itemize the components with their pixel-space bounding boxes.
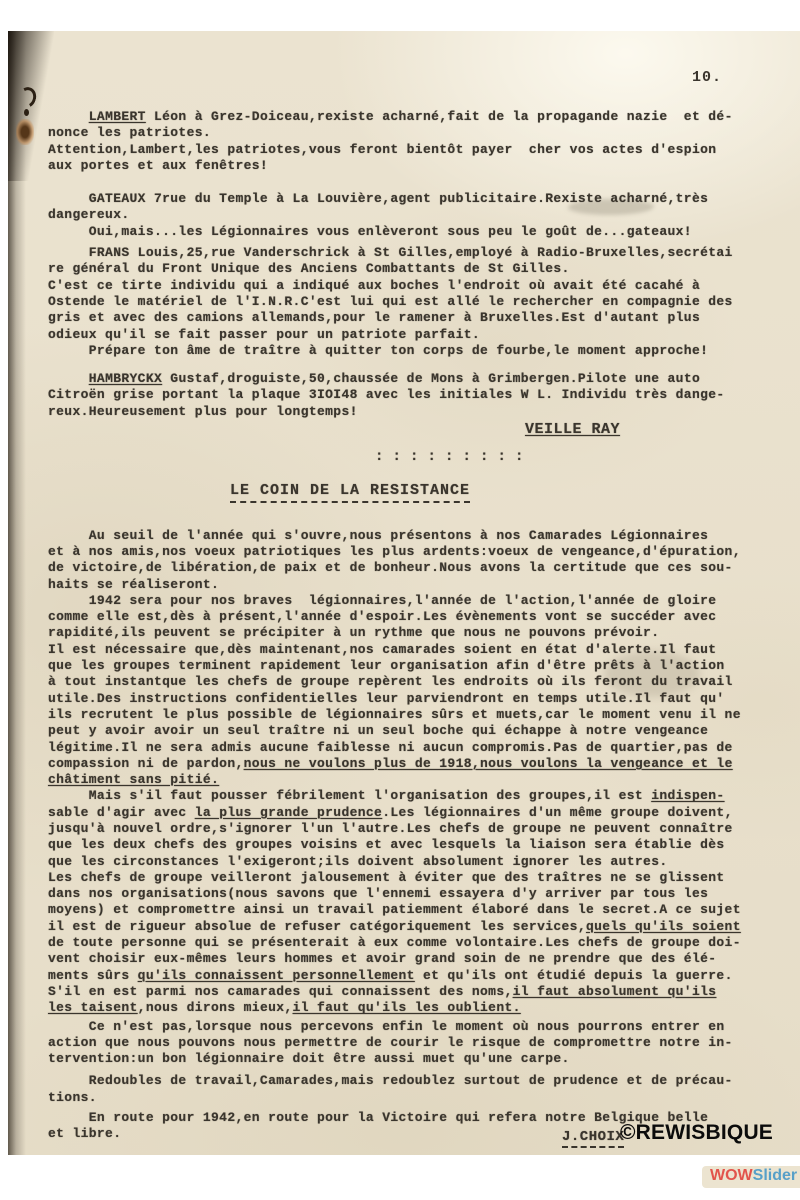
doc-line: dans nos organisations(nous savons que l…: [48, 886, 774, 902]
separator: : : : : : : : : :: [48, 449, 774, 465]
doc-line: tions.: [48, 1090, 774, 1106]
doc-line: Citroën grise portant la plaque 3IOI48 a…: [48, 387, 774, 403]
para-mais-sil-faut: Mais s'il faut pousser fébrilement l'org…: [48, 788, 774, 1016]
doc-line: peut y avoir avoir un seul traître ni un…: [48, 723, 774, 739]
para-redoublez: Redoubles de travail,Camarades,mais redo…: [48, 1073, 774, 1106]
doc-line: odieux qu'il se fait passer pour un patr…: [48, 327, 774, 343]
scanned-document-view: { "page_number": "10.", "colors": { "pap…: [0, 0, 800, 1200]
doc-line: 1942 sera pour nos braves légionnaires,l…: [48, 593, 774, 609]
doc-line: sable d'agir avec la plus grande prudenc…: [48, 805, 774, 821]
doc-line: il est de rigueur absolue de refuser cat…: [48, 919, 774, 935]
doc-line: compassion ni de pardon,nous ne voulons …: [48, 756, 774, 772]
doc-line: aux portes et aux fenêtres!: [48, 158, 774, 174]
doc-line: ments sûrs qu'ils connaissent personnell…: [48, 968, 774, 984]
page-number: 10.: [692, 69, 722, 86]
doc-line: LE COIN DE LA RESISTANCE: [230, 483, 774, 509]
doc-line: C'est ce tirte individu qui a indiqué au…: [48, 278, 774, 294]
copyright-watermark: ©REWISBIQUE: [620, 1121, 773, 1145]
doc-line: à tout instantque les chefs de groupe re…: [48, 674, 774, 690]
doc-line: Oui,mais...les Légionnaires vous enlèver…: [48, 224, 774, 240]
doc-line: action que nous pouvons nous permettre d…: [48, 1035, 774, 1051]
doc-line: de victoire,de libération,de paix et de …: [48, 560, 774, 576]
wowslider-badge-slider: Slider: [753, 1167, 797, 1184]
doc-line: VEILLE RAY: [525, 422, 774, 438]
doc-line: de toute personne qui se présenterait à …: [48, 935, 774, 951]
doc-line: que les groupes terminent rapidement leu…: [48, 658, 774, 674]
doc-line: vent choisir eux-mêmes leurs hommes et a…: [48, 951, 774, 967]
doc-line: Ostende le matériel de l'I.N.R.C'est lui…: [48, 294, 774, 310]
doc-line: reux.Heureusement plus pour longtemps!: [48, 404, 774, 420]
doc-line: Les chefs de groupe veilleront jalouseme…: [48, 870, 774, 886]
doc-line: FRANS Louis,25,rue Vanderschrick à St Gi…: [48, 245, 774, 261]
doc-line: : : : : : : : : :: [375, 449, 774, 465]
burn-mark: [16, 119, 34, 145]
signature: J.CHOIX: [562, 1129, 624, 1148]
doc-line: moyens) et compromettre ainsi un travail…: [48, 902, 774, 918]
document-text: LAMBERT Léon à Grez-Doiceau,rexiste acha…: [48, 109, 774, 1143]
doc-line: légitime.Il ne sera admis aucune faibles…: [48, 740, 774, 756]
doc-line: Il est nécessaire que,dès maintenant,nos…: [48, 642, 774, 658]
heading-resistance: LE COIN DE LA RESISTANCE: [48, 483, 774, 509]
doc-line: et à nos amis,nos voeux patriotiques les…: [48, 544, 774, 560]
doc-line: Attention,Lambert,les patriotes,vous fer…: [48, 142, 774, 158]
document-page: 10. LAMBERT Léon à Grez-Doiceau,rexiste …: [8, 31, 800, 1155]
doc-line: Au seuil de l'année qui s'ouvre,nous pré…: [48, 528, 774, 544]
paper-edge-shadow: [8, 31, 26, 1155]
doc-line: HAMBRYCKX Gustaf,droguiste,50,chaussée d…: [48, 371, 774, 387]
para-gateaux: GATEAUX 7rue du Temple à La Louvière,age…: [48, 191, 774, 240]
doc-line: gris et avec des camions allemands,pour …: [48, 310, 774, 326]
para-ce-nest-pas: Ce n'est pas,lorsque nous percevons enfi…: [48, 1019, 774, 1068]
wowslider-badge-wow: WOW: [710, 1167, 753, 1184]
doc-line: jusqu'à nouvel ordre,s'ignorer l'un l'au…: [48, 821, 774, 837]
doc-line: comme elle est,dès à présent,l'année d'e…: [48, 609, 774, 625]
para-au-seuil: Au seuil de l'année qui s'ouvre,nous pré…: [48, 528, 774, 789]
para-hambryckx: HAMBRYCKX Gustaf,droguiste,50,chaussée d…: [48, 371, 774, 420]
doc-line: que les circonstances l'exigeront;ils do…: [48, 854, 774, 870]
doc-line: dangereux.: [48, 207, 774, 223]
doc-line: châtiment sans pitié.: [48, 772, 774, 788]
doc-line: haits se réaliseront.: [48, 577, 774, 593]
doc-line: nonce les patriotes.: [48, 125, 774, 141]
doc-line: S'il en est parmi nos camarades qui conn…: [48, 984, 774, 1000]
para-frans: FRANS Louis,25,rue Vanderschrick à St Gi…: [48, 245, 774, 359]
doc-line: re général du Front Unique des Anciens C…: [48, 261, 774, 277]
doc-line: les taisent,nous dirons mieux,il faut qu…: [48, 1000, 774, 1016]
doc-line: Mais s'il faut pousser fébrilement l'org…: [48, 788, 774, 804]
doc-line: LAMBERT Léon à Grez-Doiceau,rexiste acha…: [48, 109, 774, 125]
veille-ray: VEILLE RAY: [48, 422, 774, 438]
doc-line: tervention:un bon légionnaire doit être …: [48, 1051, 774, 1067]
doc-line: ils recrutent le plus possible de légion…: [48, 707, 774, 723]
wowslider-badge[interactable]: WOWSlider: [702, 1166, 800, 1188]
para-lambert: LAMBERT Léon à Grez-Doiceau,rexiste acha…: [48, 109, 774, 174]
doc-line: Redoubles de travail,Camarades,mais redo…: [48, 1073, 774, 1089]
doc-line: GATEAUX 7rue du Temple à La Louvière,age…: [48, 191, 774, 207]
doc-line: Ce n'est pas,lorsque nous percevons enfi…: [48, 1019, 774, 1035]
doc-line: rapidité,ils peuvent se précipiter à un …: [48, 625, 774, 641]
doc-line: Prépare ton âme de traître à quitter ton…: [48, 343, 774, 359]
doc-line: utile.Des instructions confidentielles l…: [48, 691, 774, 707]
ink-dot: [24, 109, 29, 116]
doc-line: que les deux chefs des groupes voisins e…: [48, 837, 774, 853]
